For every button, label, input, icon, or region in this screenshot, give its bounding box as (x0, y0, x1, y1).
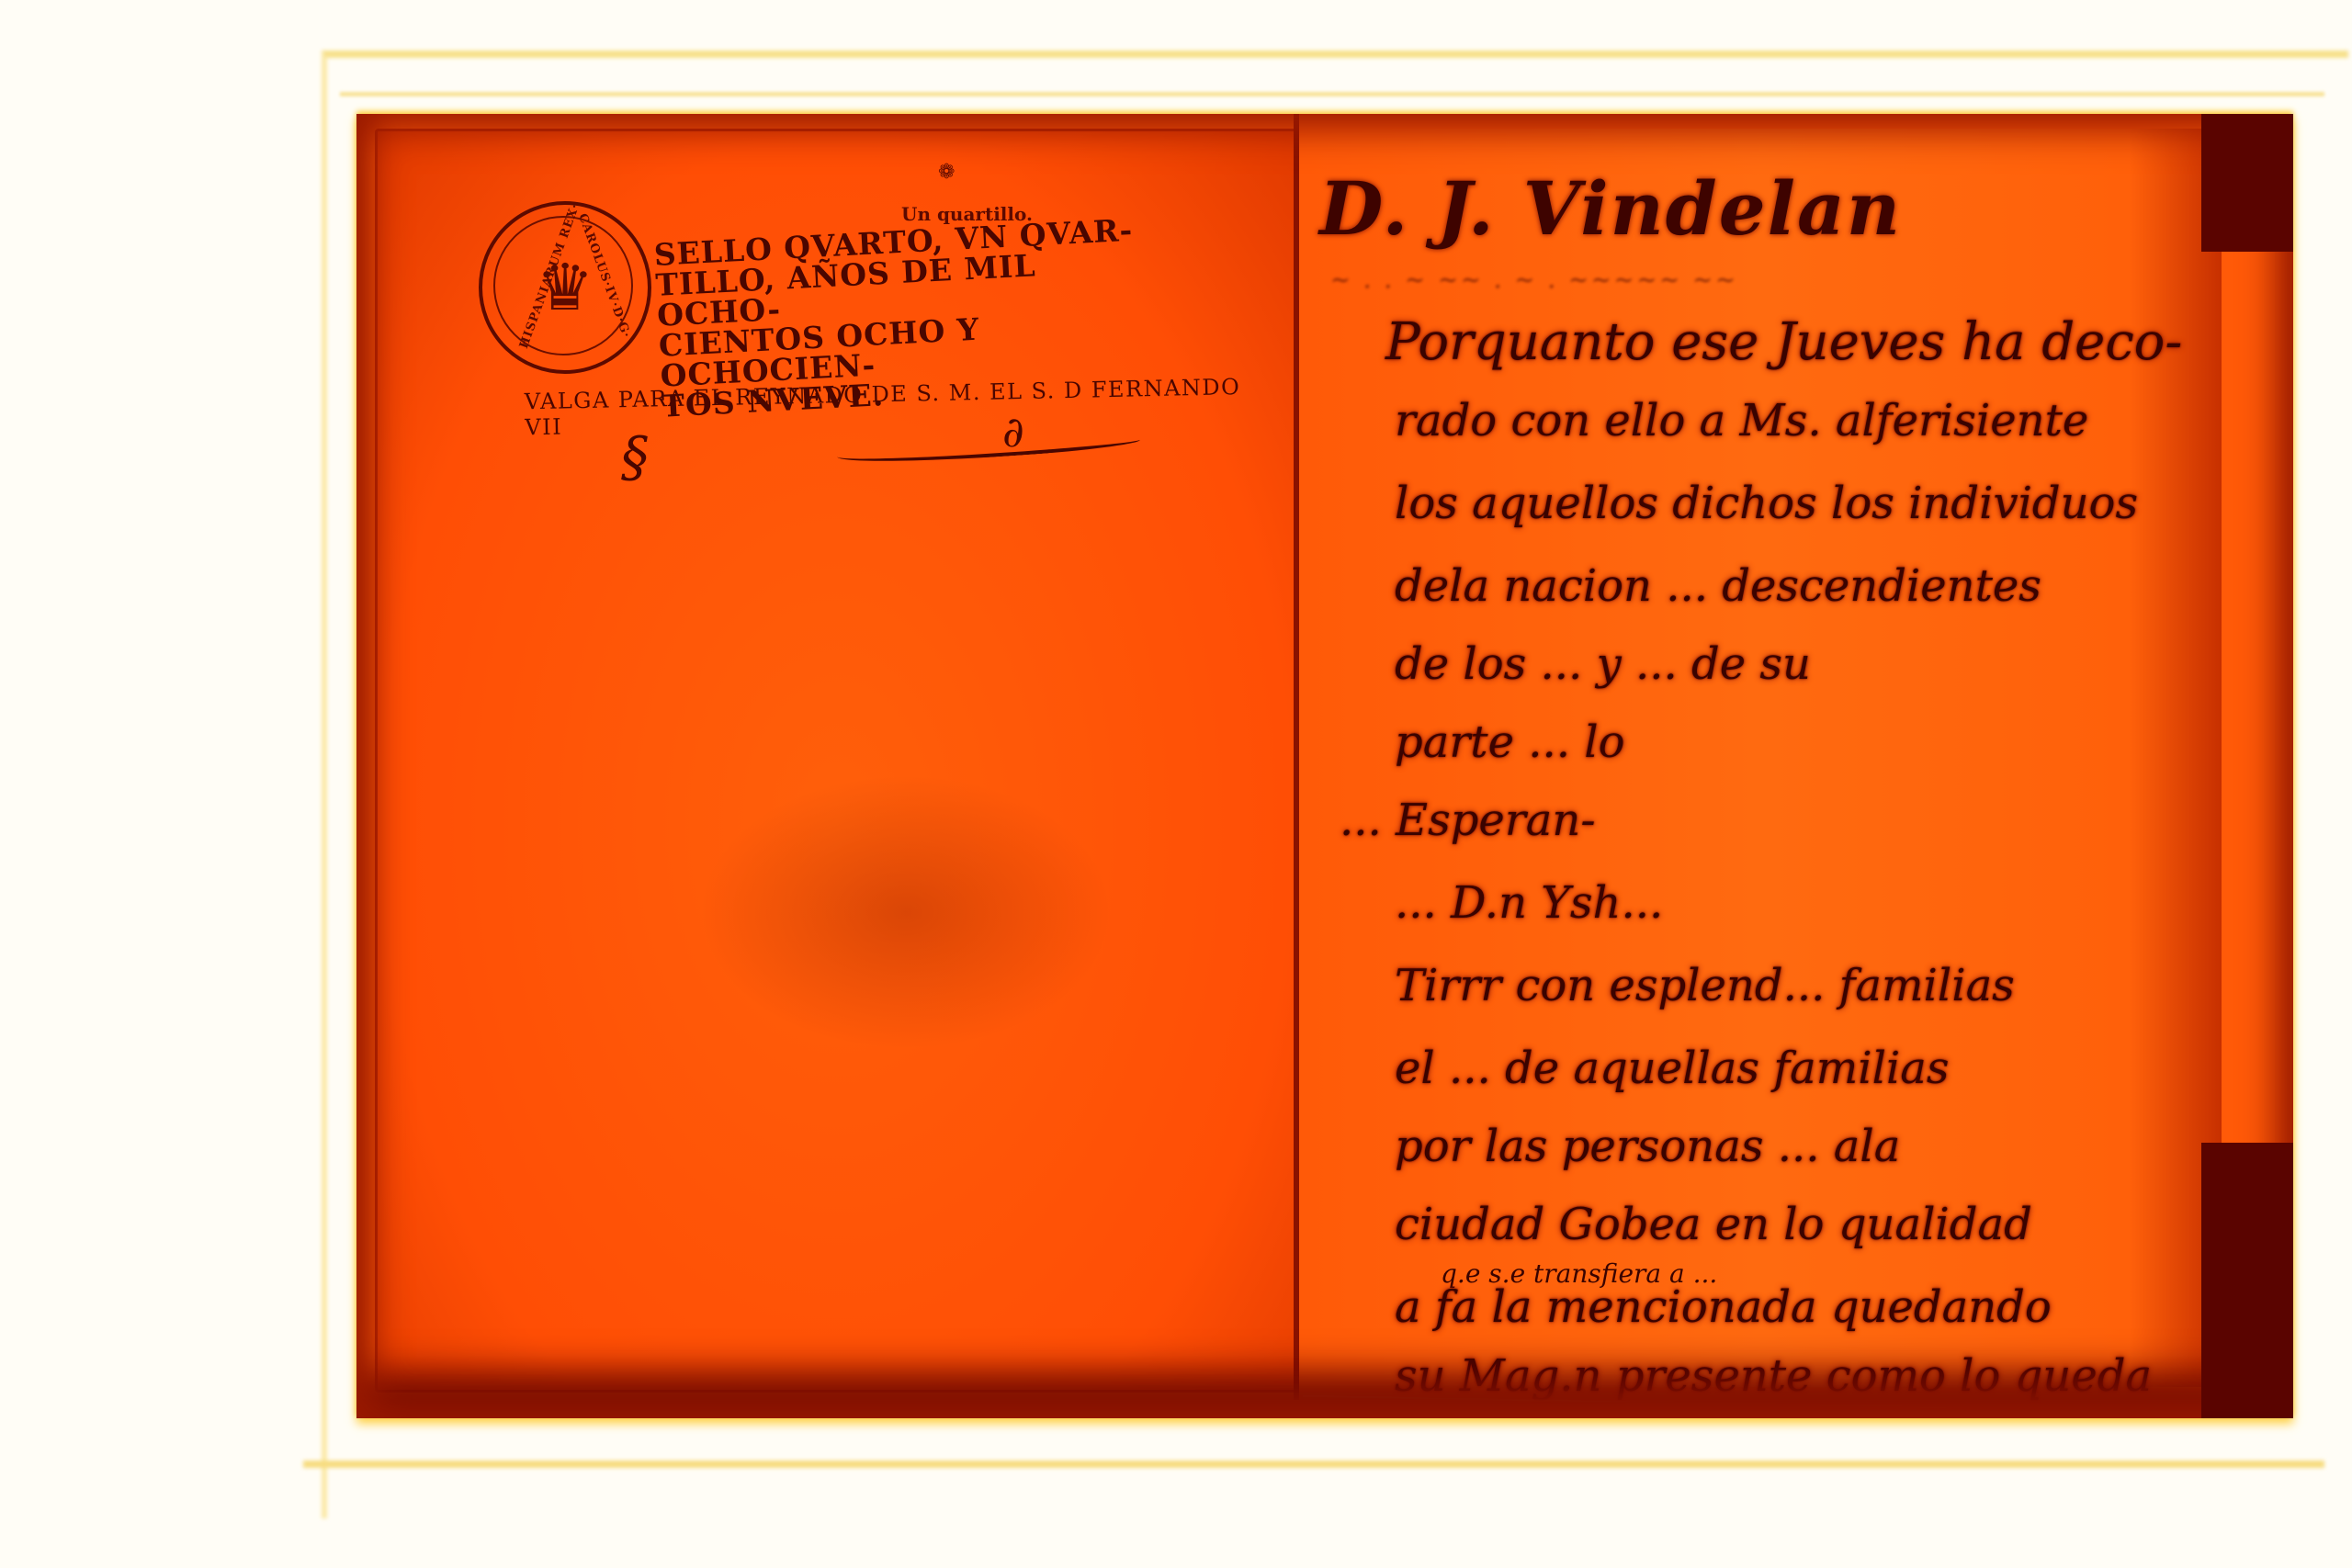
script-line: ciudad Gobea en lo qualidad (1395, 1199, 2032, 1250)
letter-heading: D. J. Vindelan (1319, 165, 1902, 252)
script-line: su Mag.n presente como lo queda (1395, 1350, 2152, 1402)
film-edge-tab-bottom (2201, 1143, 2293, 1418)
film-edge-tab-top (2201, 114, 2293, 252)
left-page: ❁ Un quartillo. ♛ CAROLUS·IV·D·G· HISPAN… (375, 129, 1299, 1393)
script-line: rado con ello a Ms. alferisiente (1395, 395, 2088, 446)
royal-seal-icon: ♛ CAROLUS·IV·D·G· HISPANIARUM REX· (479, 201, 651, 374)
ornament-icon: ❁ (938, 161, 955, 184)
script-line: los aquellos dichos los individuos (1395, 478, 2138, 529)
script-line: parte ... lo (1395, 716, 1625, 768)
script-line: a fa la mencionada quedando (1395, 1281, 2052, 1333)
bleed-through-text: ~ . . ~ ~~ . ~ . ~~~~~ ~~ (1330, 266, 1738, 276)
script-line: ... D.n Ysh... (1395, 877, 1663, 929)
center-fold (1294, 114, 1299, 1400)
right-page: D. J. Vindelan ~ . . ~ ~~ . ~ . ~~~~~ ~~… (1303, 129, 2222, 1387)
mount-frame-bottom (303, 1461, 2324, 1468)
script-line: Porquanto ese Jueves ha deco- (1385, 312, 2182, 372)
script-line: dela nacion ... descendientes (1395, 560, 2041, 612)
rubric-signature-icon: § (621, 425, 649, 490)
paper-stain (699, 774, 1113, 1050)
script-line: ... Esperan- (1340, 795, 1596, 846)
script-line: de los ... y ... de su (1395, 638, 1811, 690)
script-line: Tirrr con esplend... familias (1395, 960, 2015, 1011)
rubric-flourish-icon (837, 429, 1141, 468)
script-line: el ... de aquellas familias (1395, 1043, 1950, 1094)
document-scan: ❁ Un quartillo. ♛ CAROLUS·IV·D·G· HISPAN… (356, 114, 2293, 1418)
rubric-mark-icon: ∂ (1002, 407, 1024, 457)
script-line: por las personas ... ala (1395, 1121, 1900, 1172)
